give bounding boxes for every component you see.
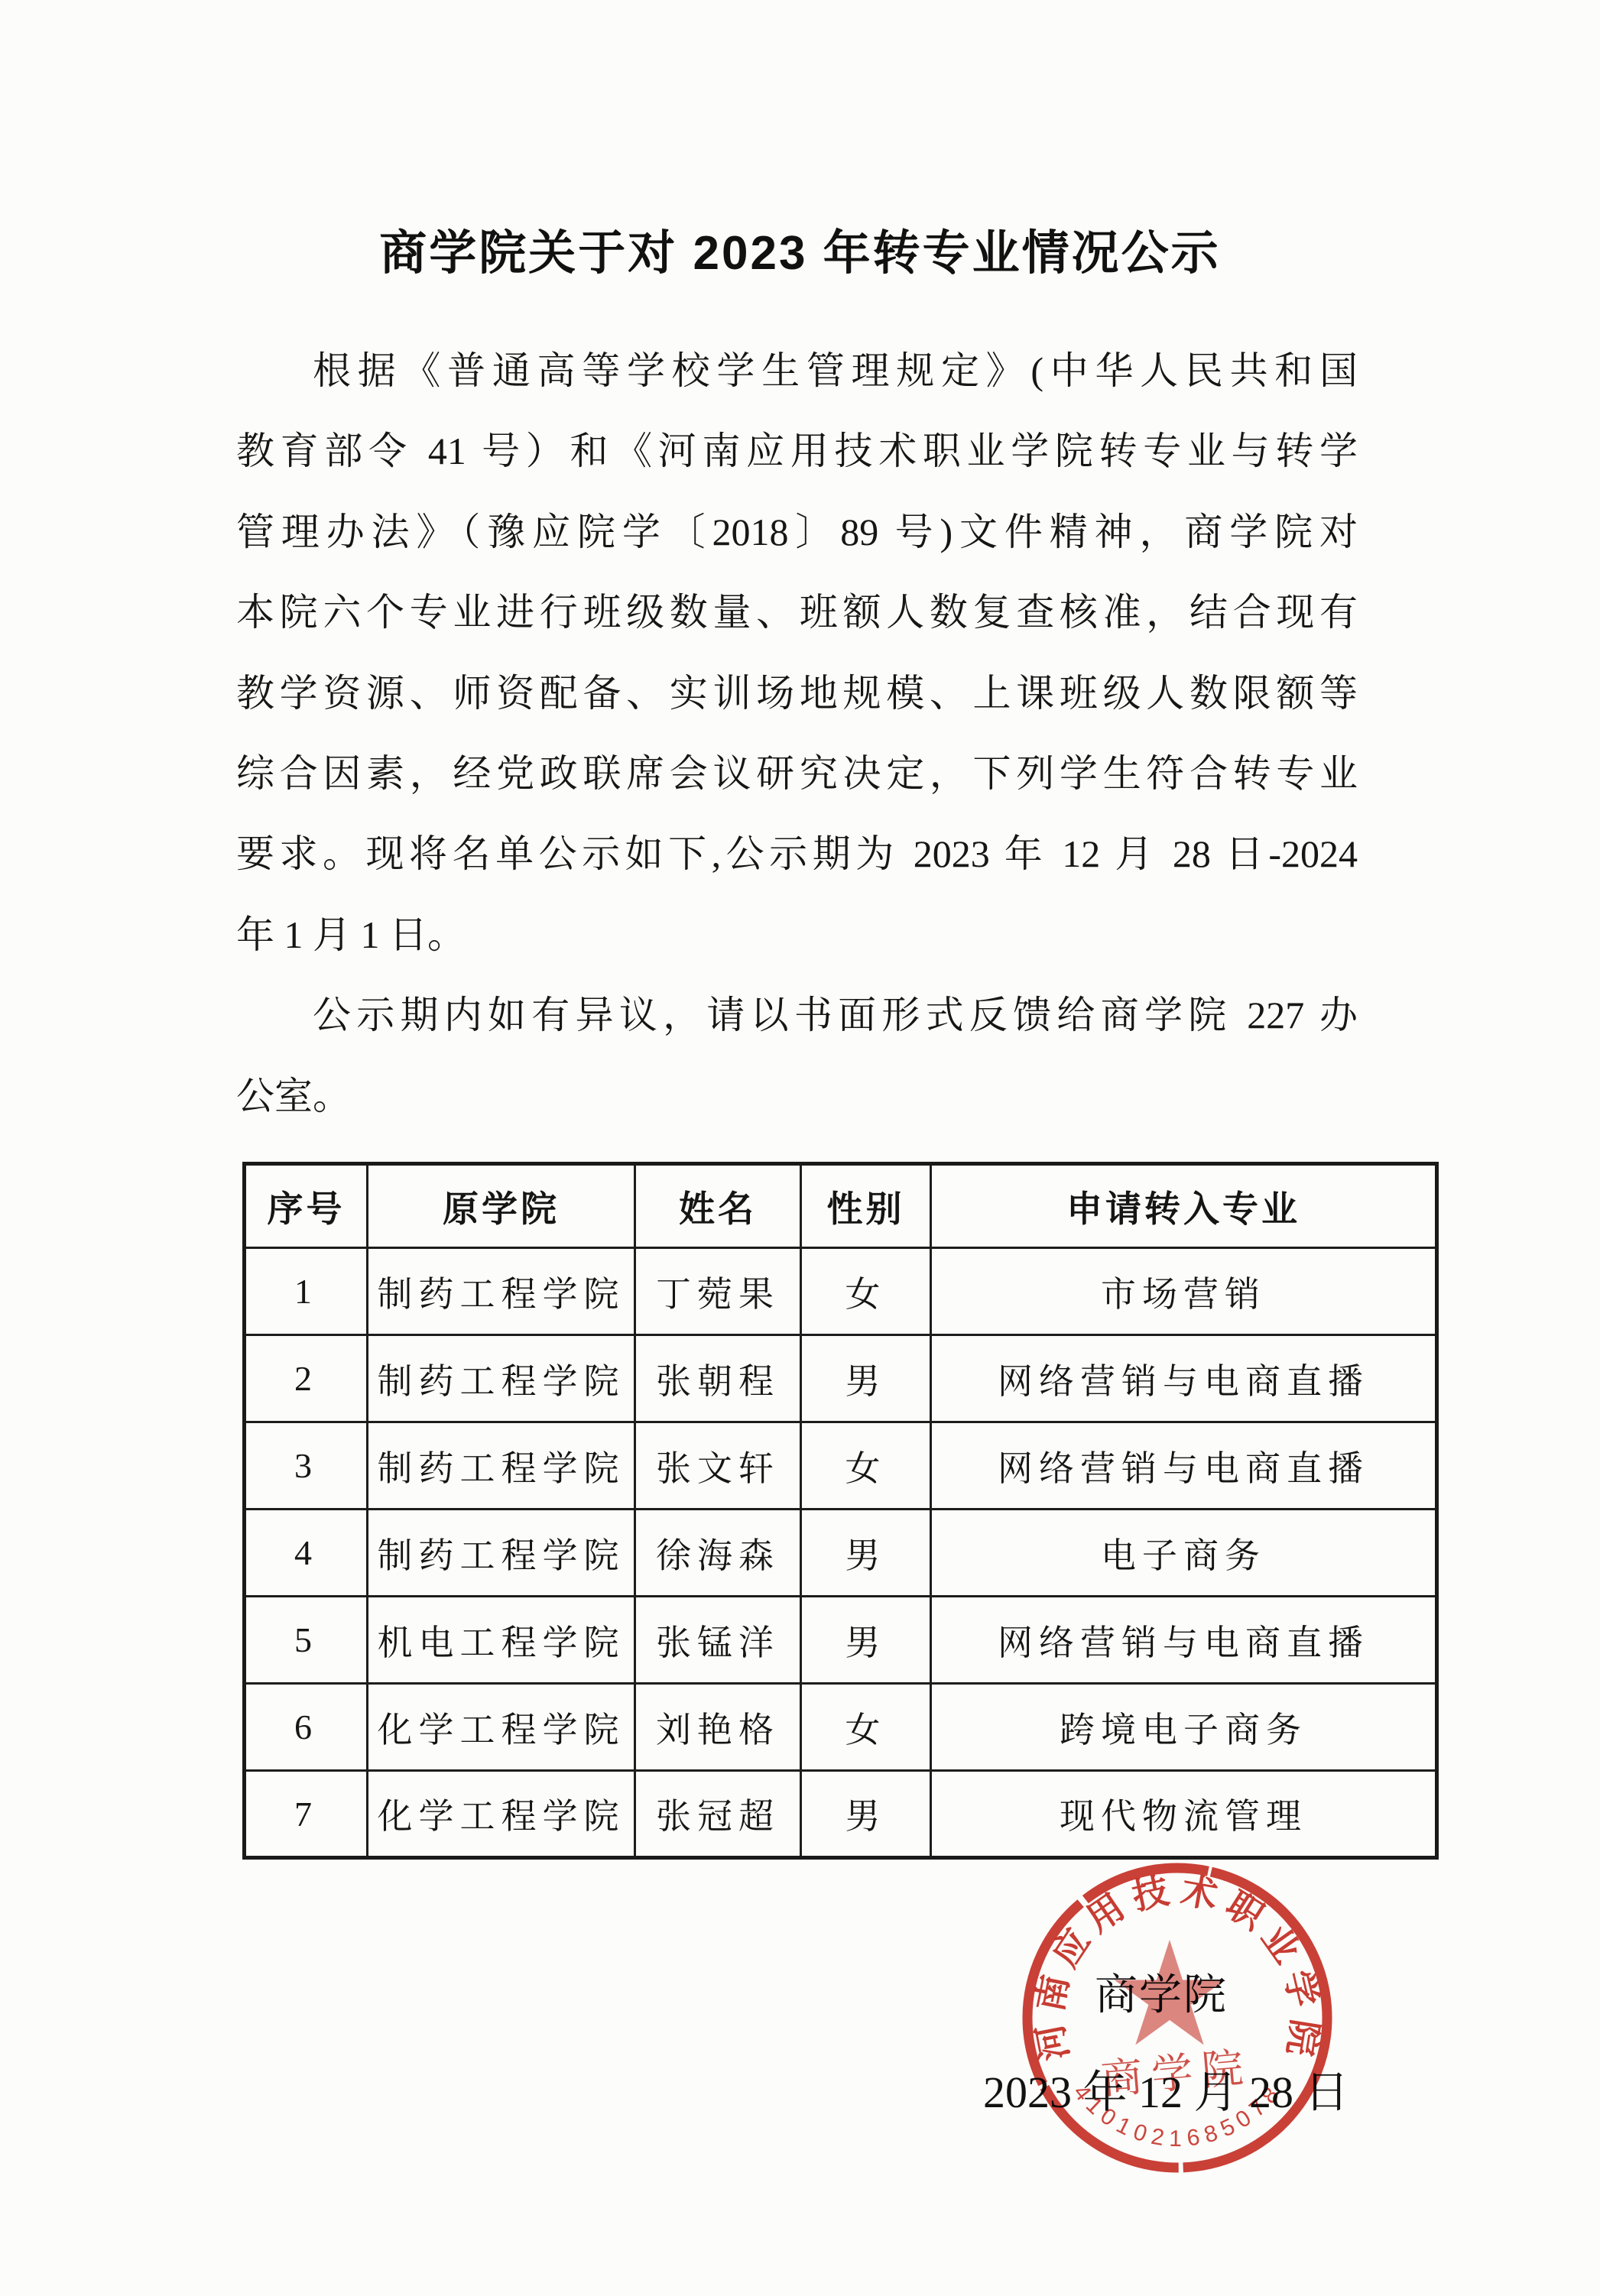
college-cell: 化学工程学院 xyxy=(368,1771,635,1858)
table-header-row: 序号 原学院 姓名 性别 申请转入专业 xyxy=(245,1164,1437,1248)
table-row: 5 机电工程学院 张锰洋 男 网络营销与电商直播 xyxy=(245,1597,1437,1684)
major-cell: 网络营销与电商直播 xyxy=(931,1422,1437,1510)
name-cell: 张朝程 xyxy=(635,1335,801,1422)
row-number-cell: 2 xyxy=(245,1335,368,1422)
gender-cell: 女 xyxy=(801,1248,931,1335)
college-cell: 制药工程学院 xyxy=(368,1335,635,1422)
table-row: 6 化学工程学院 刘艳格 女 跨境电子商务 xyxy=(245,1684,1437,1771)
table-row: 1 制药工程学院 丁菀果 女 市场营销 xyxy=(245,1248,1437,1335)
table-row: 2 制药工程学院 张朝程 男 网络营销与电商直播 xyxy=(245,1335,1437,1422)
name-cell: 刘艳格 xyxy=(635,1684,801,1771)
table-row: 3 制药工程学院 张文轩 女 网络营销与电商直播 xyxy=(245,1422,1437,1510)
name-cell: 张文轩 xyxy=(635,1422,801,1510)
name-cell: 徐海森 xyxy=(635,1510,801,1597)
body-line: 教育部令 41 号）和《河南应用技术职业学院转专业与转学 xyxy=(236,411,1358,491)
name-cell: 张冠超 xyxy=(635,1771,801,1858)
major-cell: 网络营销与电商直播 xyxy=(931,1597,1437,1684)
gender-cell: 男 xyxy=(801,1335,931,1422)
college-cell: 制药工程学院 xyxy=(368,1248,635,1335)
name-cell: 张锰洋 xyxy=(635,1597,801,1684)
row-number-cell: 7 xyxy=(245,1771,368,1858)
document-page: 商学院关于对 2023 年转专业情况公示 根据《普通高等学校学生管理规定》(中华… xyxy=(0,0,1600,2296)
major-cell: 市场营销 xyxy=(931,1248,1437,1335)
gender-cell: 女 xyxy=(801,1422,931,1510)
table-row: 7 化学工程学院 张冠超 男 现代物流管理 xyxy=(245,1771,1437,1858)
body-line: 管理办法》（豫应院学〔2018〕89 号)文件精神，商学院对 xyxy=(236,492,1358,572)
gender-cell: 男 xyxy=(801,1771,931,1858)
header-gender: 性别 xyxy=(801,1164,931,1248)
body-line: 根据《普通高等学校学生管理规定》(中华人民共和国 xyxy=(236,331,1358,411)
signature-date: 2023 年 12 月 28 日 xyxy=(983,2056,1349,2120)
body-line: 教学资源、师资配备、实训场地规模、上课班级人数限额等 xyxy=(236,653,1358,734)
header-no: 序号 xyxy=(245,1164,368,1248)
major-cell: 跨境电子商务 xyxy=(931,1684,1437,1771)
row-number-cell: 4 xyxy=(245,1510,368,1597)
college-cell: 机电工程学院 xyxy=(368,1597,635,1684)
page-title: 商学院关于对 2023 年转专业情况公示 xyxy=(0,215,1600,283)
official-seal: 河南应用技术职业学院 商学院 4101021685078 xyxy=(978,1831,1391,2243)
body-line: 公示期内如有异议，请以书面形式反馈给商学院 227 办 xyxy=(236,975,1358,1056)
body-text: 根据《普通高等学校学生管理规定》(中华人民共和国 教育部令 41 号）和《河南应… xyxy=(236,331,1358,1137)
gender-cell: 男 xyxy=(801,1597,931,1684)
header-original-college: 原学院 xyxy=(368,1164,635,1248)
college-cell: 制药工程学院 xyxy=(368,1422,635,1510)
body-line: 要求。现将名单公示如下,公示期为 2023 年 12 月 28 日-2024 xyxy=(236,814,1358,894)
name-cell: 丁菀果 xyxy=(635,1248,801,1335)
gender-cell: 女 xyxy=(801,1684,931,1771)
table-row: 4 制药工程学院 徐海森 男 电子商务 xyxy=(245,1510,1437,1597)
transfer-students-table: 序号 原学院 姓名 性别 申请转入专业 1 制药工程学院 丁菀果 女 市场营销 … xyxy=(242,1162,1439,1860)
row-number-cell: 6 xyxy=(245,1684,368,1771)
signature-department: 商学院 xyxy=(1095,1961,1228,2022)
row-number-cell: 1 xyxy=(245,1248,368,1335)
gender-cell: 男 xyxy=(801,1510,931,1597)
body-line: 年 1 月 1 日。 xyxy=(236,895,1358,975)
college-cell: 化学工程学院 xyxy=(368,1684,635,1771)
body-line: 综合因素，经党政联席会议研究决定，下列学生符合转专业 xyxy=(236,734,1358,814)
major-cell: 现代物流管理 xyxy=(931,1771,1437,1858)
header-name: 姓名 xyxy=(635,1164,801,1248)
major-cell: 电子商务 xyxy=(931,1510,1437,1597)
body-line: 本院六个专业进行班级数量、班额人数复查核准，结合现有 xyxy=(236,572,1358,653)
row-number-cell: 3 xyxy=(245,1422,368,1510)
header-target-major: 申请转入专业 xyxy=(931,1164,1437,1248)
body-line: 公室。 xyxy=(236,1056,1358,1137)
major-cell: 网络营销与电商直播 xyxy=(931,1335,1437,1422)
row-number-cell: 5 xyxy=(245,1597,368,1684)
college-cell: 制药工程学院 xyxy=(368,1510,635,1597)
